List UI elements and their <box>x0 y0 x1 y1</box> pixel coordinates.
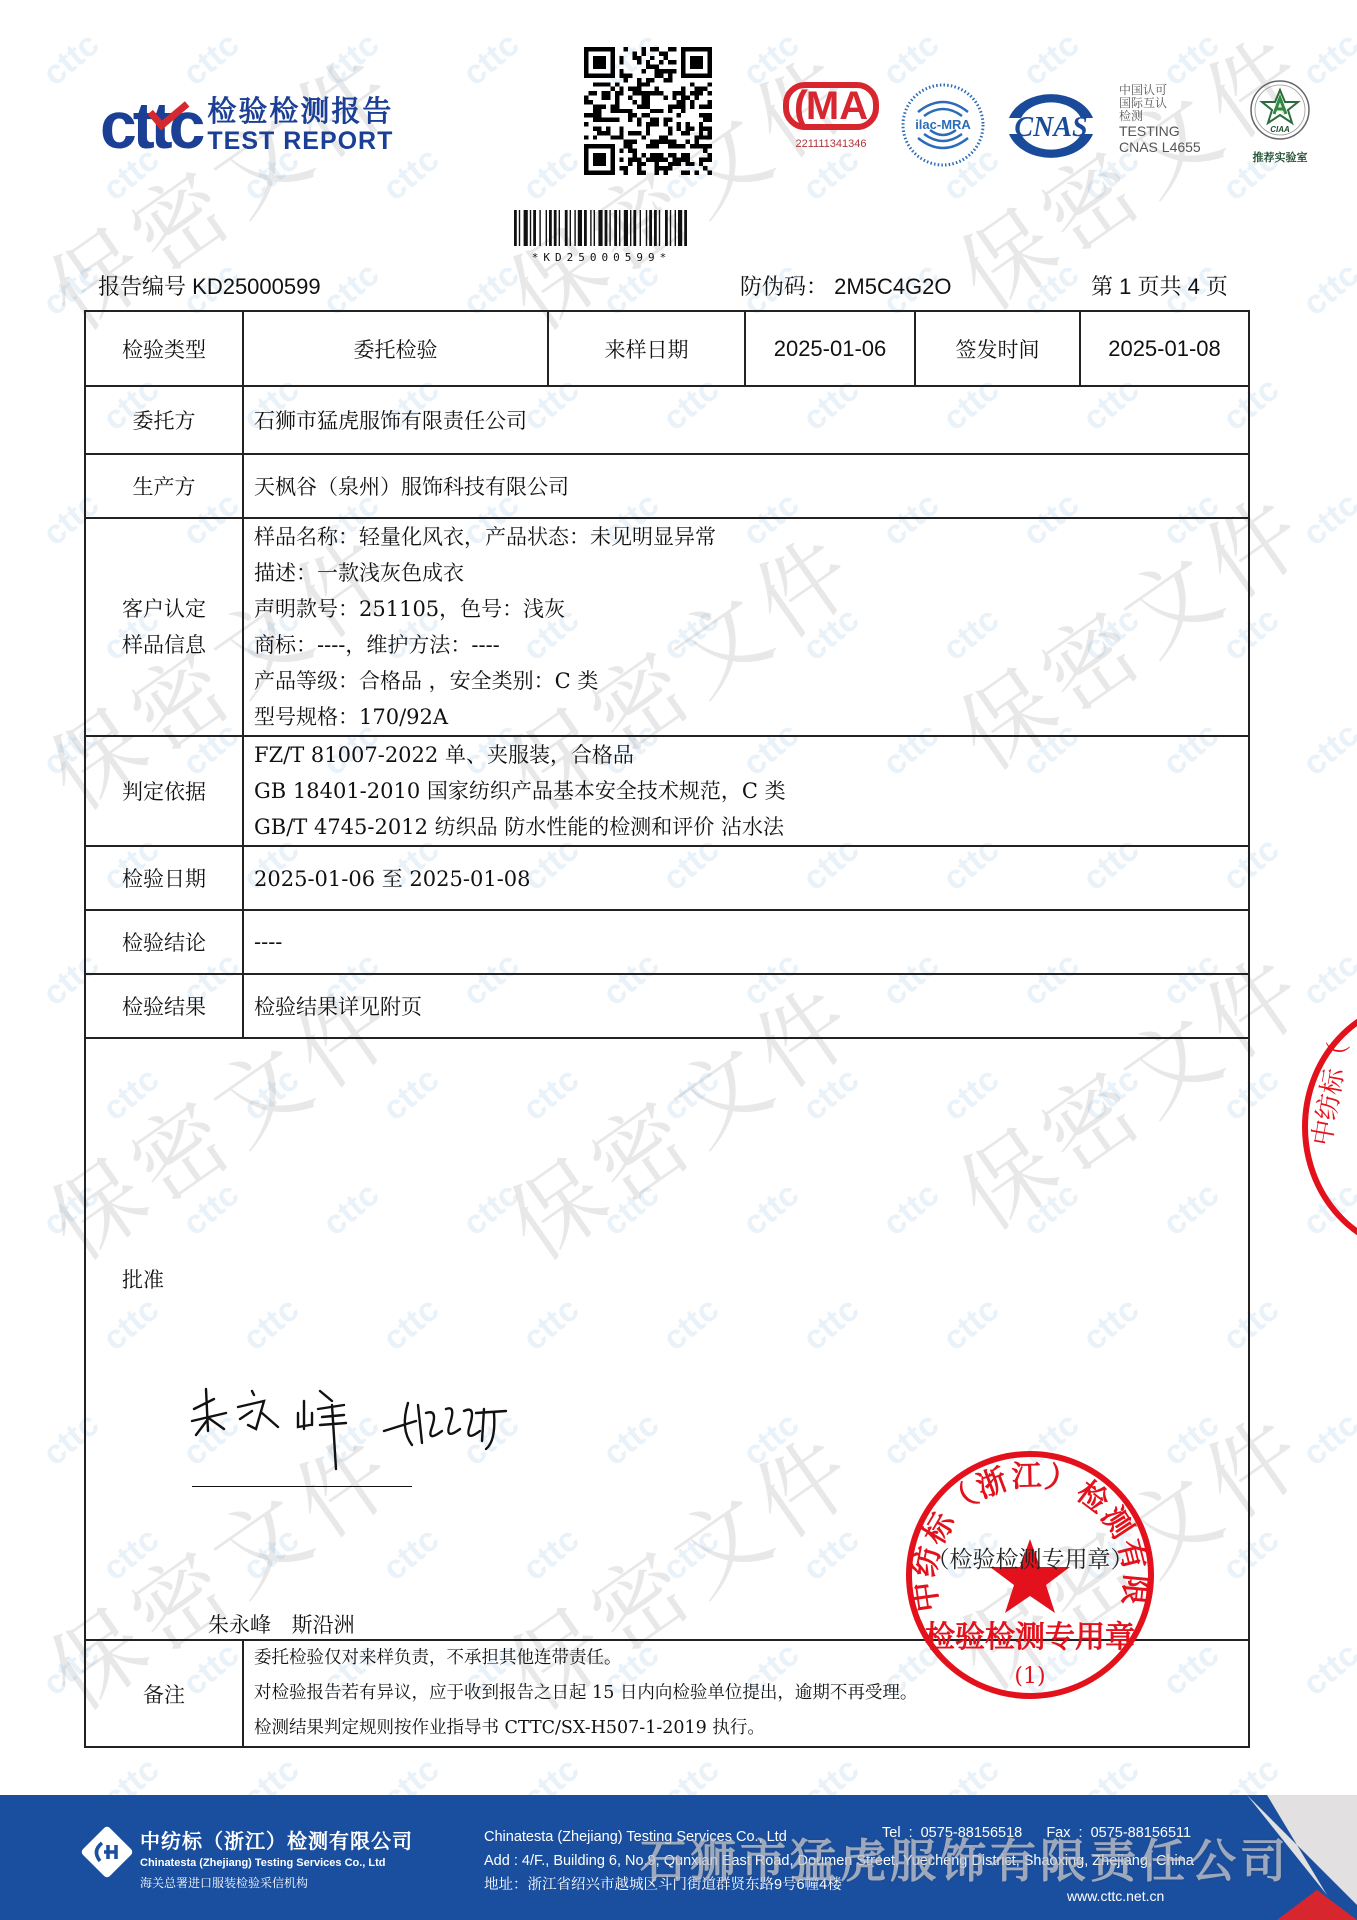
barcode-bars-icon <box>514 210 689 246</box>
seal-overlay-text: （检验检测专用章） <box>927 1547 1134 1573</box>
ilac-mra-logo-icon: ilac-MRA <box>900 82 986 168</box>
footer: 中纺标（浙江）检测有限公司 Chinatesta (Zhejiang) Test… <box>0 1795 1357 1920</box>
logo-title-en: TEST REPORT <box>207 128 393 154</box>
sample-info-line: 商标：----，维护方法：---- <box>254 627 1248 663</box>
table-row-test-date: 检验日期 2025-01-06 至 2025-01-08 <box>85 846 1249 910</box>
note-line: 检测结果判定规则按作业指导书 CTTC/SX-H507-1-2019 执行。 <box>254 1711 1248 1746</box>
report-number: 报告编号 KD25000599 <box>98 270 321 301</box>
client-value: 石狮市猛虎服饰有限责任公司 <box>243 386 1249 454</box>
chinatesta-logo-icon <box>80 1825 134 1879</box>
ciaa-caption: 推荐实验室 <box>1240 149 1320 165</box>
seal-bottom-text: 检验检测专用章 <box>925 1620 1135 1655</box>
seal-number: (1) <box>1014 1664 1045 1689</box>
anti-fake-value: 2M5C4G2O <box>834 274 951 299</box>
result-value: 检验结果详见附页 <box>243 974 1249 1038</box>
basis-value: FZ/T 81007-2022 单、夹服装，合格品 GB 18401-2010 … <box>243 736 1249 846</box>
issue-date-label: 签发时间 <box>915 311 1080 386</box>
partial-seal-icon: 中纺标（ <box>1300 997 1357 1257</box>
table-row-sample-info: 客户认定 样品信息 样品名称：轻量化风衣，产品状态：未见明显异常 描述：一款浅灰… <box>85 518 1249 736</box>
cnas-line: CNAS L4655 <box>1119 139 1201 155</box>
sample-info-line: 声明款号：251105，色号：浅灰 <box>254 591 1248 627</box>
svg-text:CNAS: CNAS <box>1014 112 1087 143</box>
cma-number: 221111341346 <box>783 138 879 150</box>
cnas-line: 检测 <box>1119 110 1201 123</box>
svg-text:CIAA: CIAA <box>1270 125 1290 134</box>
qr-code-icon <box>583 47 713 175</box>
table-row-manufacturer: 生产方 天枫谷（泉州）服饰科技有限公司 <box>85 454 1249 518</box>
ciaa-badge: CIAA 推荐实验室 <box>1240 78 1320 165</box>
sample-info-line: 型号规格：170/92A <box>254 699 1248 735</box>
manufacturer-value: 天枫谷（泉州）服饰科技有限公司 <box>243 454 1249 518</box>
test-date-value: 2025-01-06 至 2025-01-08 <box>243 846 1249 910</box>
sample-info-label-line: 客户认定 <box>86 591 242 627</box>
cttc-logo: cttc 检验检测报告 TEST REPORT <box>100 92 393 158</box>
svg-text:中纺标（: 中纺标（ <box>1307 1041 1355 1149</box>
logo-mark: cttc <box>100 92 201 158</box>
notes-label: 备注 <box>85 1640 243 1747</box>
basis-line: GB/T 4745-2012 纺织品 防水性能的检测和评价 沾水法 <box>254 809 1248 845</box>
basis-line: GB 18401-2010 国家纺织产品基本安全技术规范，C 类 <box>254 773 1248 809</box>
sample-info-line: 产品等级：合格品 ，安全类别：C 类 <box>254 663 1248 699</box>
sample-info-value: 样品名称：轻量化风衣，产品状态：未见明显异常 描述：一款浅灰色成衣 声明款号：2… <box>243 518 1249 736</box>
logo-title-cn: 检验检测报告 <box>207 96 393 128</box>
table-row-type-dates: 检验类型 委托检验 来样日期 2025-01-06 签发时间 2025-01-0… <box>85 311 1249 386</box>
table-row-conclusion: 检验结论 ---- <box>85 910 1249 974</box>
basis-label: 判定依据 <box>85 736 243 846</box>
inspection-type-value: 委托检验 <box>243 311 548 386</box>
cma-logo-icon: (MA <box>783 82 879 130</box>
client-label: 委托方 <box>85 386 243 454</box>
sample-info-line: 描述：一款浅灰色成衣 <box>254 555 1248 591</box>
page-info: 第 1 页共 4 页 <box>1091 270 1228 301</box>
signature-line <box>192 1486 412 1487</box>
footer-company-cn: 中纺标（浙江）检测有限公司 <box>140 1825 413 1854</box>
report-number-value: KD25000599 <box>192 274 320 299</box>
inspection-type-label: 检验类型 <box>85 311 243 386</box>
cma-mark: (MA 221111341346 <box>783 82 879 150</box>
sample-info-label-line: 样品信息 <box>86 627 242 663</box>
anti-fake-label: 防伪码： <box>740 274 828 299</box>
handwritten-signature-icon <box>186 1369 566 1479</box>
footer-subtitle: 海关总署进口服装检验采信机构 <box>140 1874 413 1891</box>
footer-overlay-watermark: 石狮市猛虎服饰有限责任公司 <box>640 1825 1290 1891</box>
official-seal-icon: 中纺标（浙江）检测有限公司 （检验检测专用章） 检验检测专用章 (1) <box>902 1447 1158 1703</box>
table-row-client: 委托方 石狮市猛虎服饰有限责任公司 <box>85 386 1249 454</box>
conclusion-value: ---- <box>243 910 1249 974</box>
conclusion-label: 检验结论 <box>85 910 243 974</box>
svg-text:ilac-MRA: ilac-MRA <box>915 117 971 132</box>
result-label: 检验结果 <box>85 974 243 1038</box>
cnas-logo-icon: CNAS <box>1001 86 1101 166</box>
report-number-label: 报告编号 <box>98 274 186 299</box>
cnas-accreditation-text: 中国认可 国际互认 检测 TESTING CNAS L4655 <box>1119 84 1201 155</box>
footer-company-en: Chinatesta (Zhejiang) Testing Services C… <box>140 1857 413 1869</box>
ciaa-logo-icon: CIAA <box>1248 78 1312 142</box>
table-row-result: 检验结果 检验结果详见附页 <box>85 974 1249 1038</box>
anti-fake-code: 防伪码： 2M5C4G2O <box>740 270 952 301</box>
manufacturer-label: 生产方 <box>85 454 243 518</box>
sample-date-value: 2025-01-06 <box>745 311 915 386</box>
table-row-basis: 判定依据 FZ/T 81007-2022 单、夹服装，合格品 GB 18401-… <box>85 736 1249 846</box>
signatory-names: 朱永峰 斯沿洲 <box>208 1609 355 1639</box>
barcode: *KD25000599* <box>514 210 689 264</box>
test-date-label: 检验日期 <box>85 846 243 910</box>
basis-line: FZ/T 81007-2022 单、夹服装，合格品 <box>254 737 1248 773</box>
sample-date-label: 来样日期 <box>548 311 745 386</box>
cnas-line: TESTING <box>1119 123 1201 139</box>
approve-label: 批准 <box>122 1264 164 1294</box>
issue-date-value: 2025-01-08 <box>1080 311 1249 386</box>
sample-info-label: 客户认定 样品信息 <box>85 518 243 736</box>
barcode-text: *KD25000599* <box>514 251 689 264</box>
sample-info-line: 样品名称：轻量化风衣，产品状态：未见明显异常 <box>254 519 1248 555</box>
